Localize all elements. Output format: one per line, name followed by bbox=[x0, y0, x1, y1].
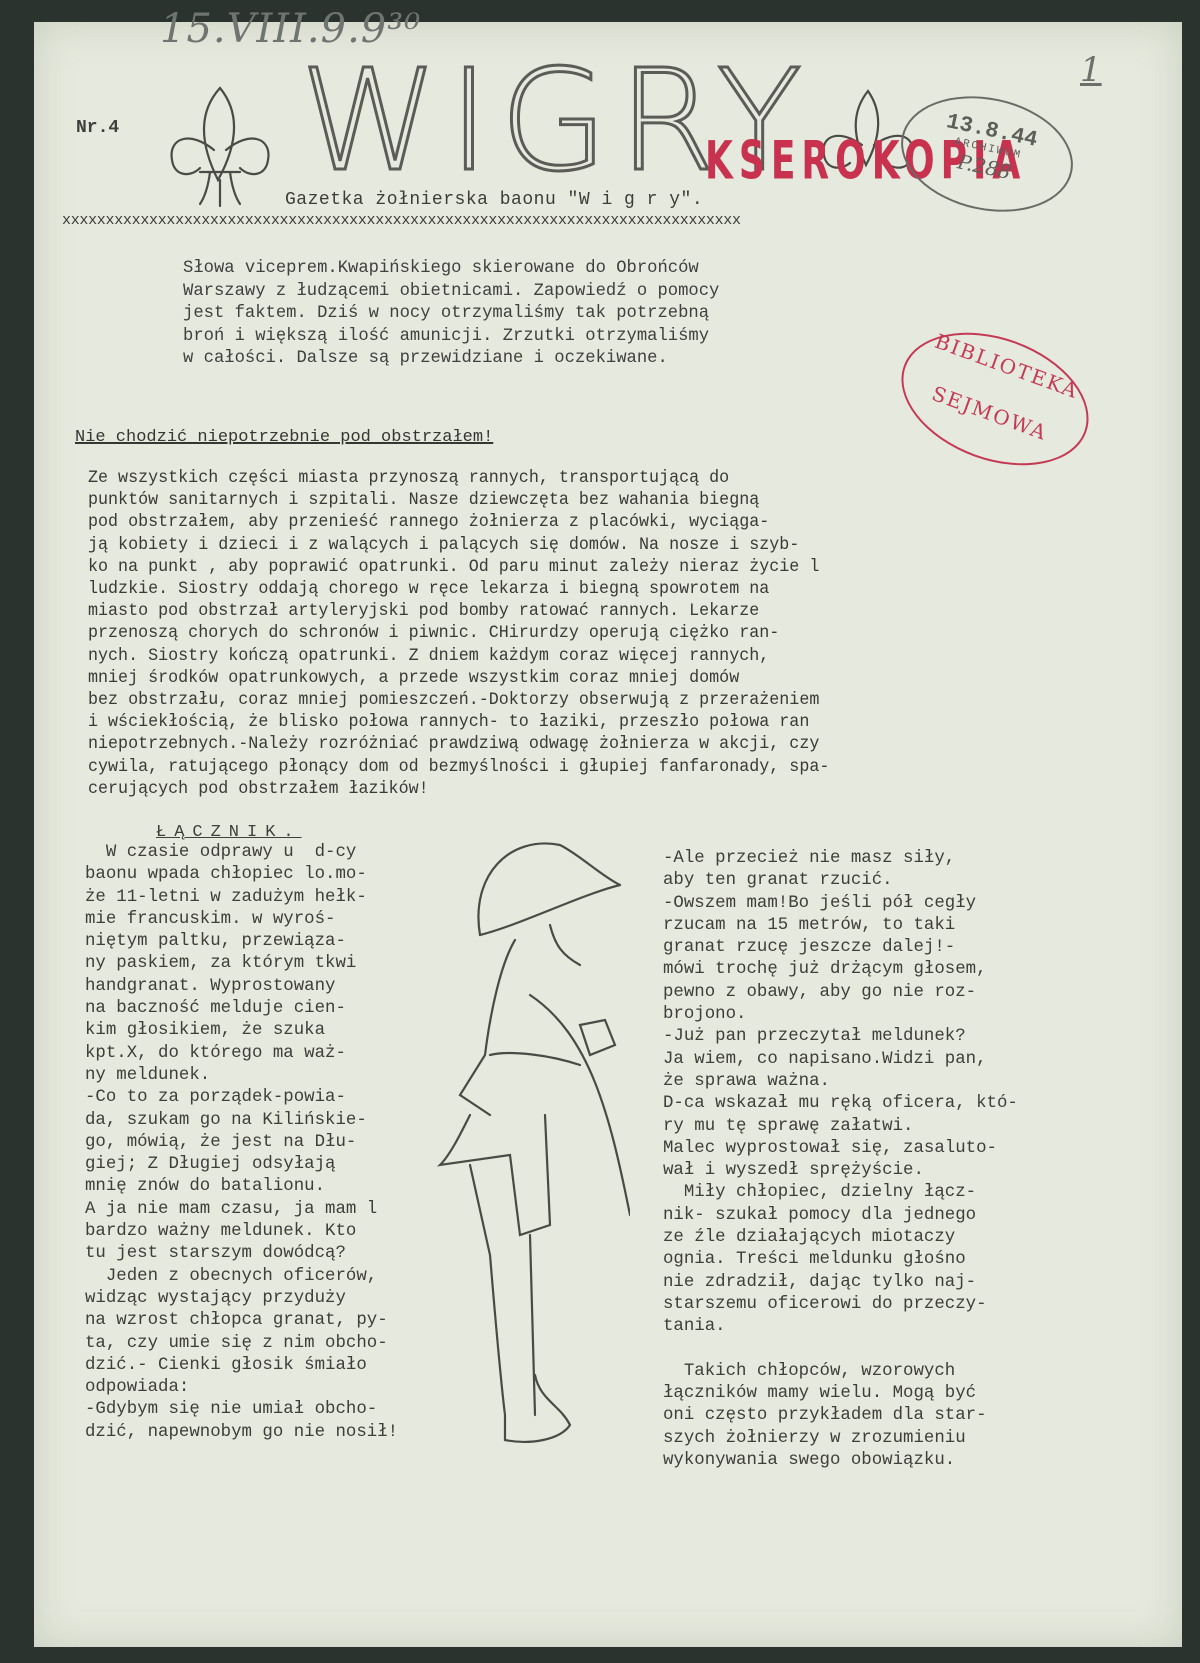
header-divider: xxxxxxxxxxxxxxxxxxxxxxxxxxxxxxxxxxxxxxxx… bbox=[62, 212, 741, 229]
article-body: Ze wszystkich części miasta przynoszą ra… bbox=[88, 468, 1077, 801]
fleur-de-lis-icon bbox=[160, 80, 280, 210]
article-heading-lacznik: ŁĄCZNIK. bbox=[156, 823, 302, 842]
article-heading: Nie chodzić niepotrzebnie pod obstrzałem… bbox=[75, 428, 493, 447]
issue-number: Nr.4 bbox=[76, 118, 119, 138]
subtitle: Gazetka żołnierska baonu "W i g r y". bbox=[285, 190, 703, 210]
boy-soldier-drawing bbox=[430, 815, 630, 1455]
page-number: 1 bbox=[1080, 50, 1102, 90]
article-left-column: W czasie odprawy u d-cy baonu wpada chło… bbox=[85, 842, 485, 1444]
article-right-column: -Ale przecież nie masz siły, aby ten gra… bbox=[663, 848, 1103, 1472]
lead-paragraph: Słowa viceprem.Kwapińskiego skierowane d… bbox=[183, 258, 943, 371]
